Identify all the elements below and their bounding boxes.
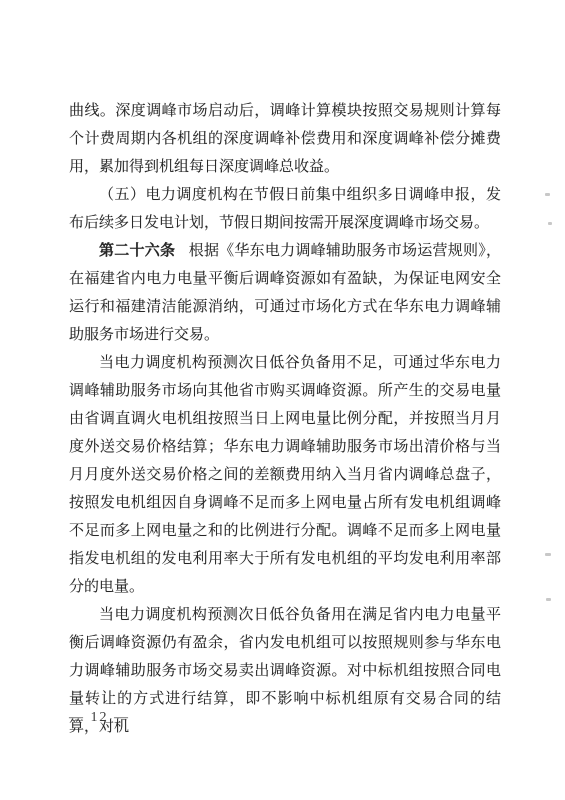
scan-speck [545, 553, 551, 556]
paragraph-item-5: （五）电力调度机构在节假日前集中组织多日调峰申报，发布后续多日发电计划，节假日期… [69, 181, 501, 237]
document-page: 曲线。深度调峰市场启动后，调峰计算模块按照交易规则计算每个计费周期内各机组的深度… [0, 0, 565, 800]
paragraph-continuation: 曲线。深度调峰市场启动后，调峰计算模块按照交易规则计算每个计费周期内各机组的深度… [69, 97, 501, 181]
document-body: 曲线。深度调峰市场启动后，调峰计算模块按照交易规则计算每个计费周期内各机组的深度… [69, 97, 501, 741]
paragraph-sell-resources: 当电力调度机构预测次日低谷负备用在满足省内电力电量平衡后调峰资源仍有盈余，省内发… [69, 601, 501, 741]
page-number: — 12 — [69, 708, 130, 728]
paragraph-buy-resources: 当电力调度机构预测次日低谷负备用不足，可通过华东电力调峰辅助服务市场向其他省市购… [69, 349, 501, 601]
paragraph-article-26: 第二十六条根据《华东电力调峰辅助服务市场运营规则》，在福建省内电力电量平衡后调峰… [69, 237, 501, 349]
article-number-label: 第二十六条 [99, 243, 175, 259]
scan-speck [545, 193, 550, 196]
scan-speck [546, 598, 551, 601]
scan-speck [548, 222, 552, 225]
